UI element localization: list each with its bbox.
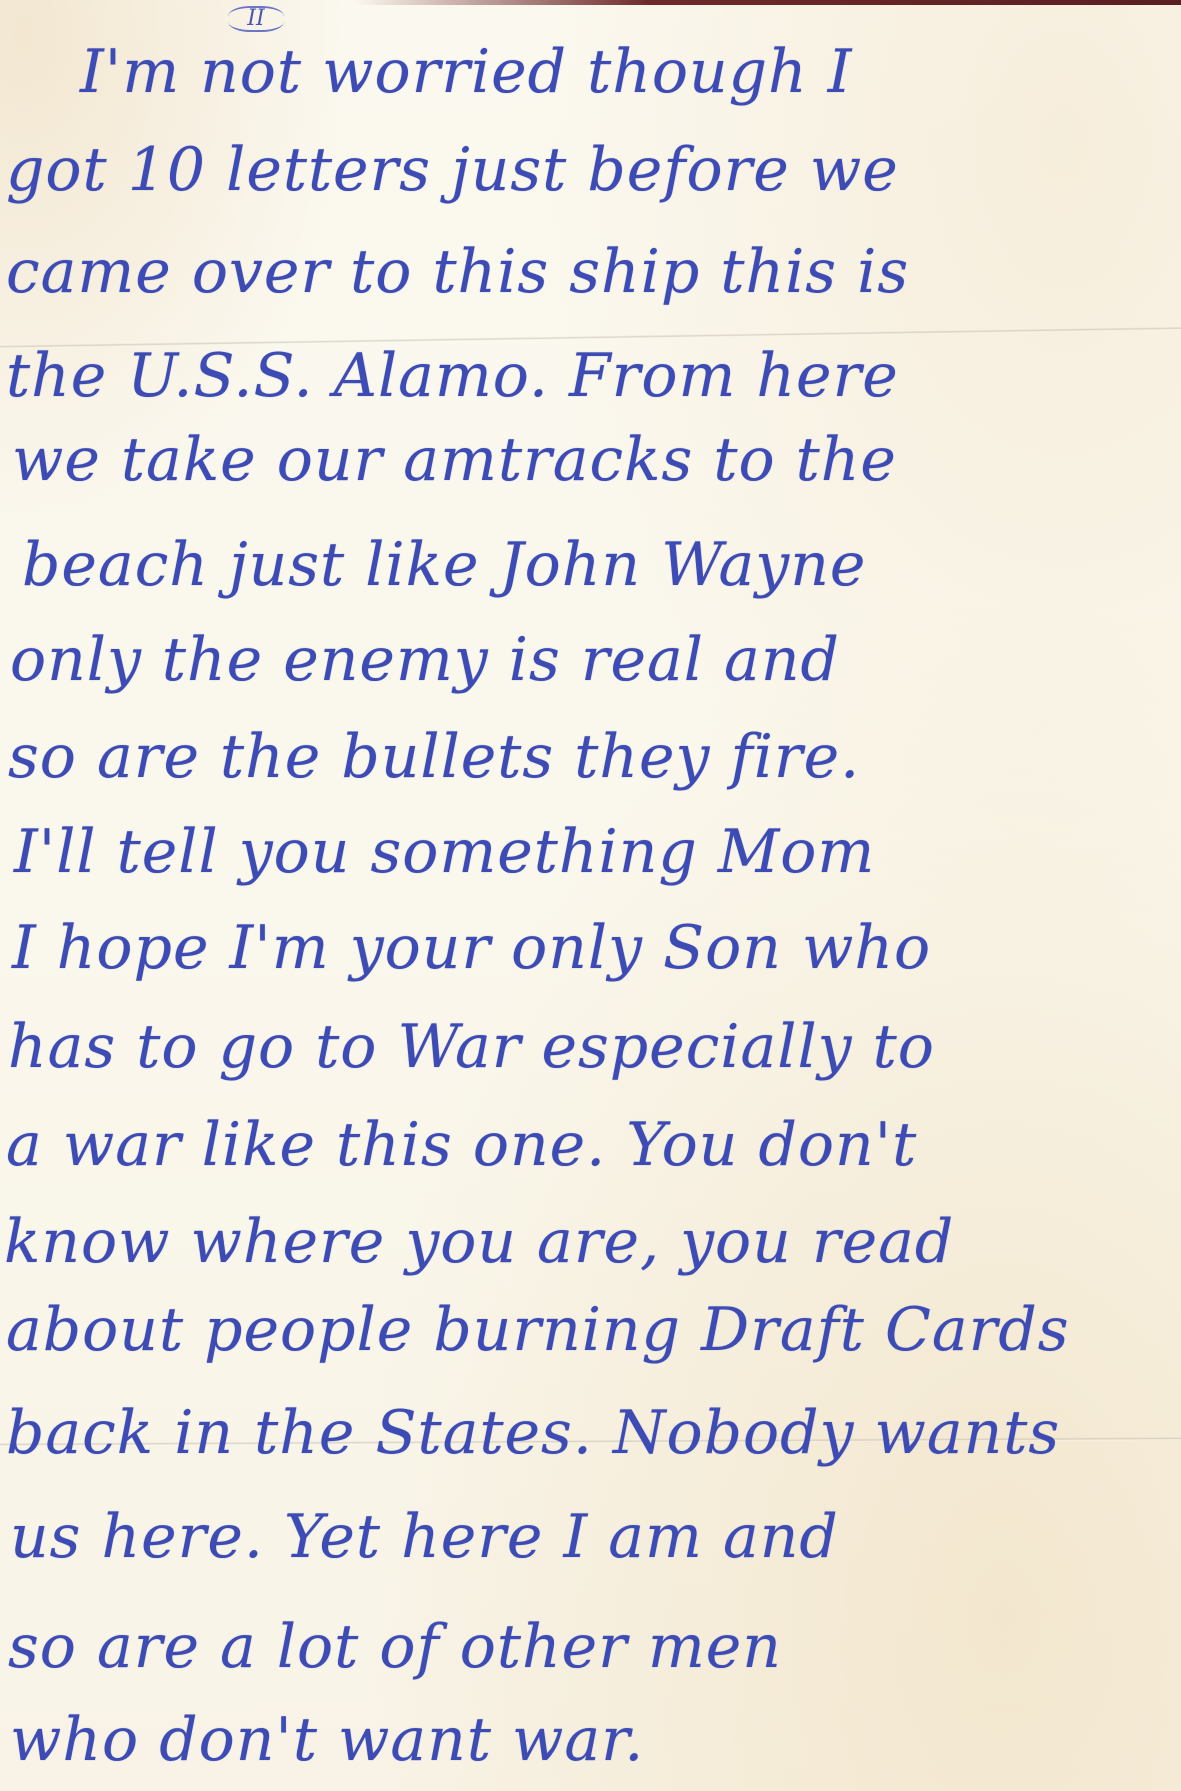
letter-line: I hope I'm your only Son who (12, 918, 931, 978)
letter-line: only the enemy is real and (10, 630, 840, 690)
letter-line: came over to this ship this is (6, 242, 909, 302)
letter-line: back in the States. Nobody wants (6, 1403, 1060, 1463)
letter-line: so are the bullets they fire. (8, 727, 860, 787)
letter-line: beach just like John Wayne (22, 535, 866, 595)
letter-line: know where you are, you read (4, 1212, 954, 1272)
letter-line: got 10 letters just before we (6, 140, 899, 200)
letter-line: us here. Yet here I am and (10, 1507, 839, 1567)
letter-line: we take our amtracks to the (12, 430, 897, 490)
letter-line: I'll tell you something Mom (14, 822, 875, 882)
letter-body: I'm not worried though I got 10 letters … (0, 0, 1181, 1791)
letter-line: about people burning Draft Cards (6, 1300, 1070, 1360)
letter-line: the U.S.S. Alamo. From here (6, 346, 899, 406)
letter-line: has to go to War especially to (8, 1017, 935, 1077)
letter-page: II I'm not worried though I got 10 lette… (0, 0, 1181, 1791)
letter-line: a war like this one. You don't (6, 1115, 917, 1175)
letter-line: so are a lot of other men (8, 1617, 782, 1677)
letter-line: who don't want war. (10, 1710, 644, 1770)
letter-line: I'm not worried though I (80, 42, 852, 102)
